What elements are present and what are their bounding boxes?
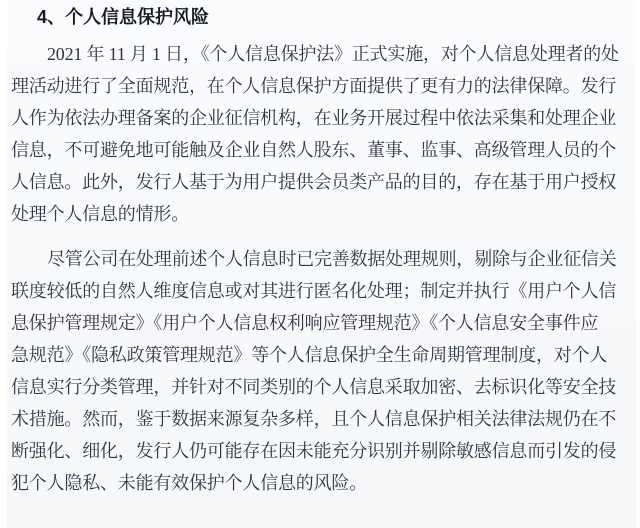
text-line: 信息，不可避免地可能触及企业自然人股东、董事、监事、高级管理人员的个 — [11, 134, 633, 166]
text-line: 息保护管理规定》《用户个人信息权利响应管理规范》《个人信息安全事件应 — [11, 307, 633, 339]
text-line: 急规范》《隐私政策管理规范》等个人信息保护全生命周期管理制度，对个人 — [11, 339, 633, 371]
paragraph-1: 2021 年 11 月 1 日，《个人信息保护法》正式实施，对个人信息处理者的处… — [11, 38, 633, 230]
text-line: 术措施。然而，鉴于数据来源复杂多样，且个人信息保护相关法律法规仍在不 — [11, 403, 633, 435]
text-line: 人作为依法办理备案的企业征信机构，在业务开展过程中依法采集和处理企业 — [11, 102, 633, 134]
text-line: 犯个人隐私、未能有效保护个人信息的风险。 — [11, 467, 633, 499]
text-line: 联度较低的自然人维度信息或对其进行匿名化处理；制定并执行《用户个人信 — [11, 275, 633, 307]
text-line: 尽管公司在处理前述个人信息时已完善数据处理规则，剔除与企业征信关 — [11, 243, 633, 275]
section-heading: 4、个人信息保护风险 — [37, 4, 633, 30]
text-line: 断强化、细化，发行人仍可能存在因未能充分识别并剔除敏感信息而引发的侵 — [11, 435, 633, 467]
paragraph-2: 尽管公司在处理前述个人信息时已完善数据处理规则，剔除与企业征信关 联度较低的自然… — [11, 243, 633, 499]
text-line: 理活动进行了全面规范，在个人信息保护方面提供了更有力的法律保障。发行 — [11, 70, 633, 102]
document-page: 4、个人信息保护风险 2021 年 11 月 1 日，《个人信息保护法》正式实施… — [7, 0, 636, 528]
text-line: 信息实行分类管理，并针对不同类别的个人信息采取加密、去标识化等安全技 — [11, 371, 633, 403]
text-line: 2021 年 11 月 1 日，《个人信息保护法》正式实施，对个人信息处理者的处 — [11, 38, 633, 70]
text-line: 处理个人信息的情形。 — [11, 198, 633, 230]
text-line: 人信息。此外，发行人基于为用户提供会员类产品的目的，存在基于用户授权 — [11, 166, 633, 198]
